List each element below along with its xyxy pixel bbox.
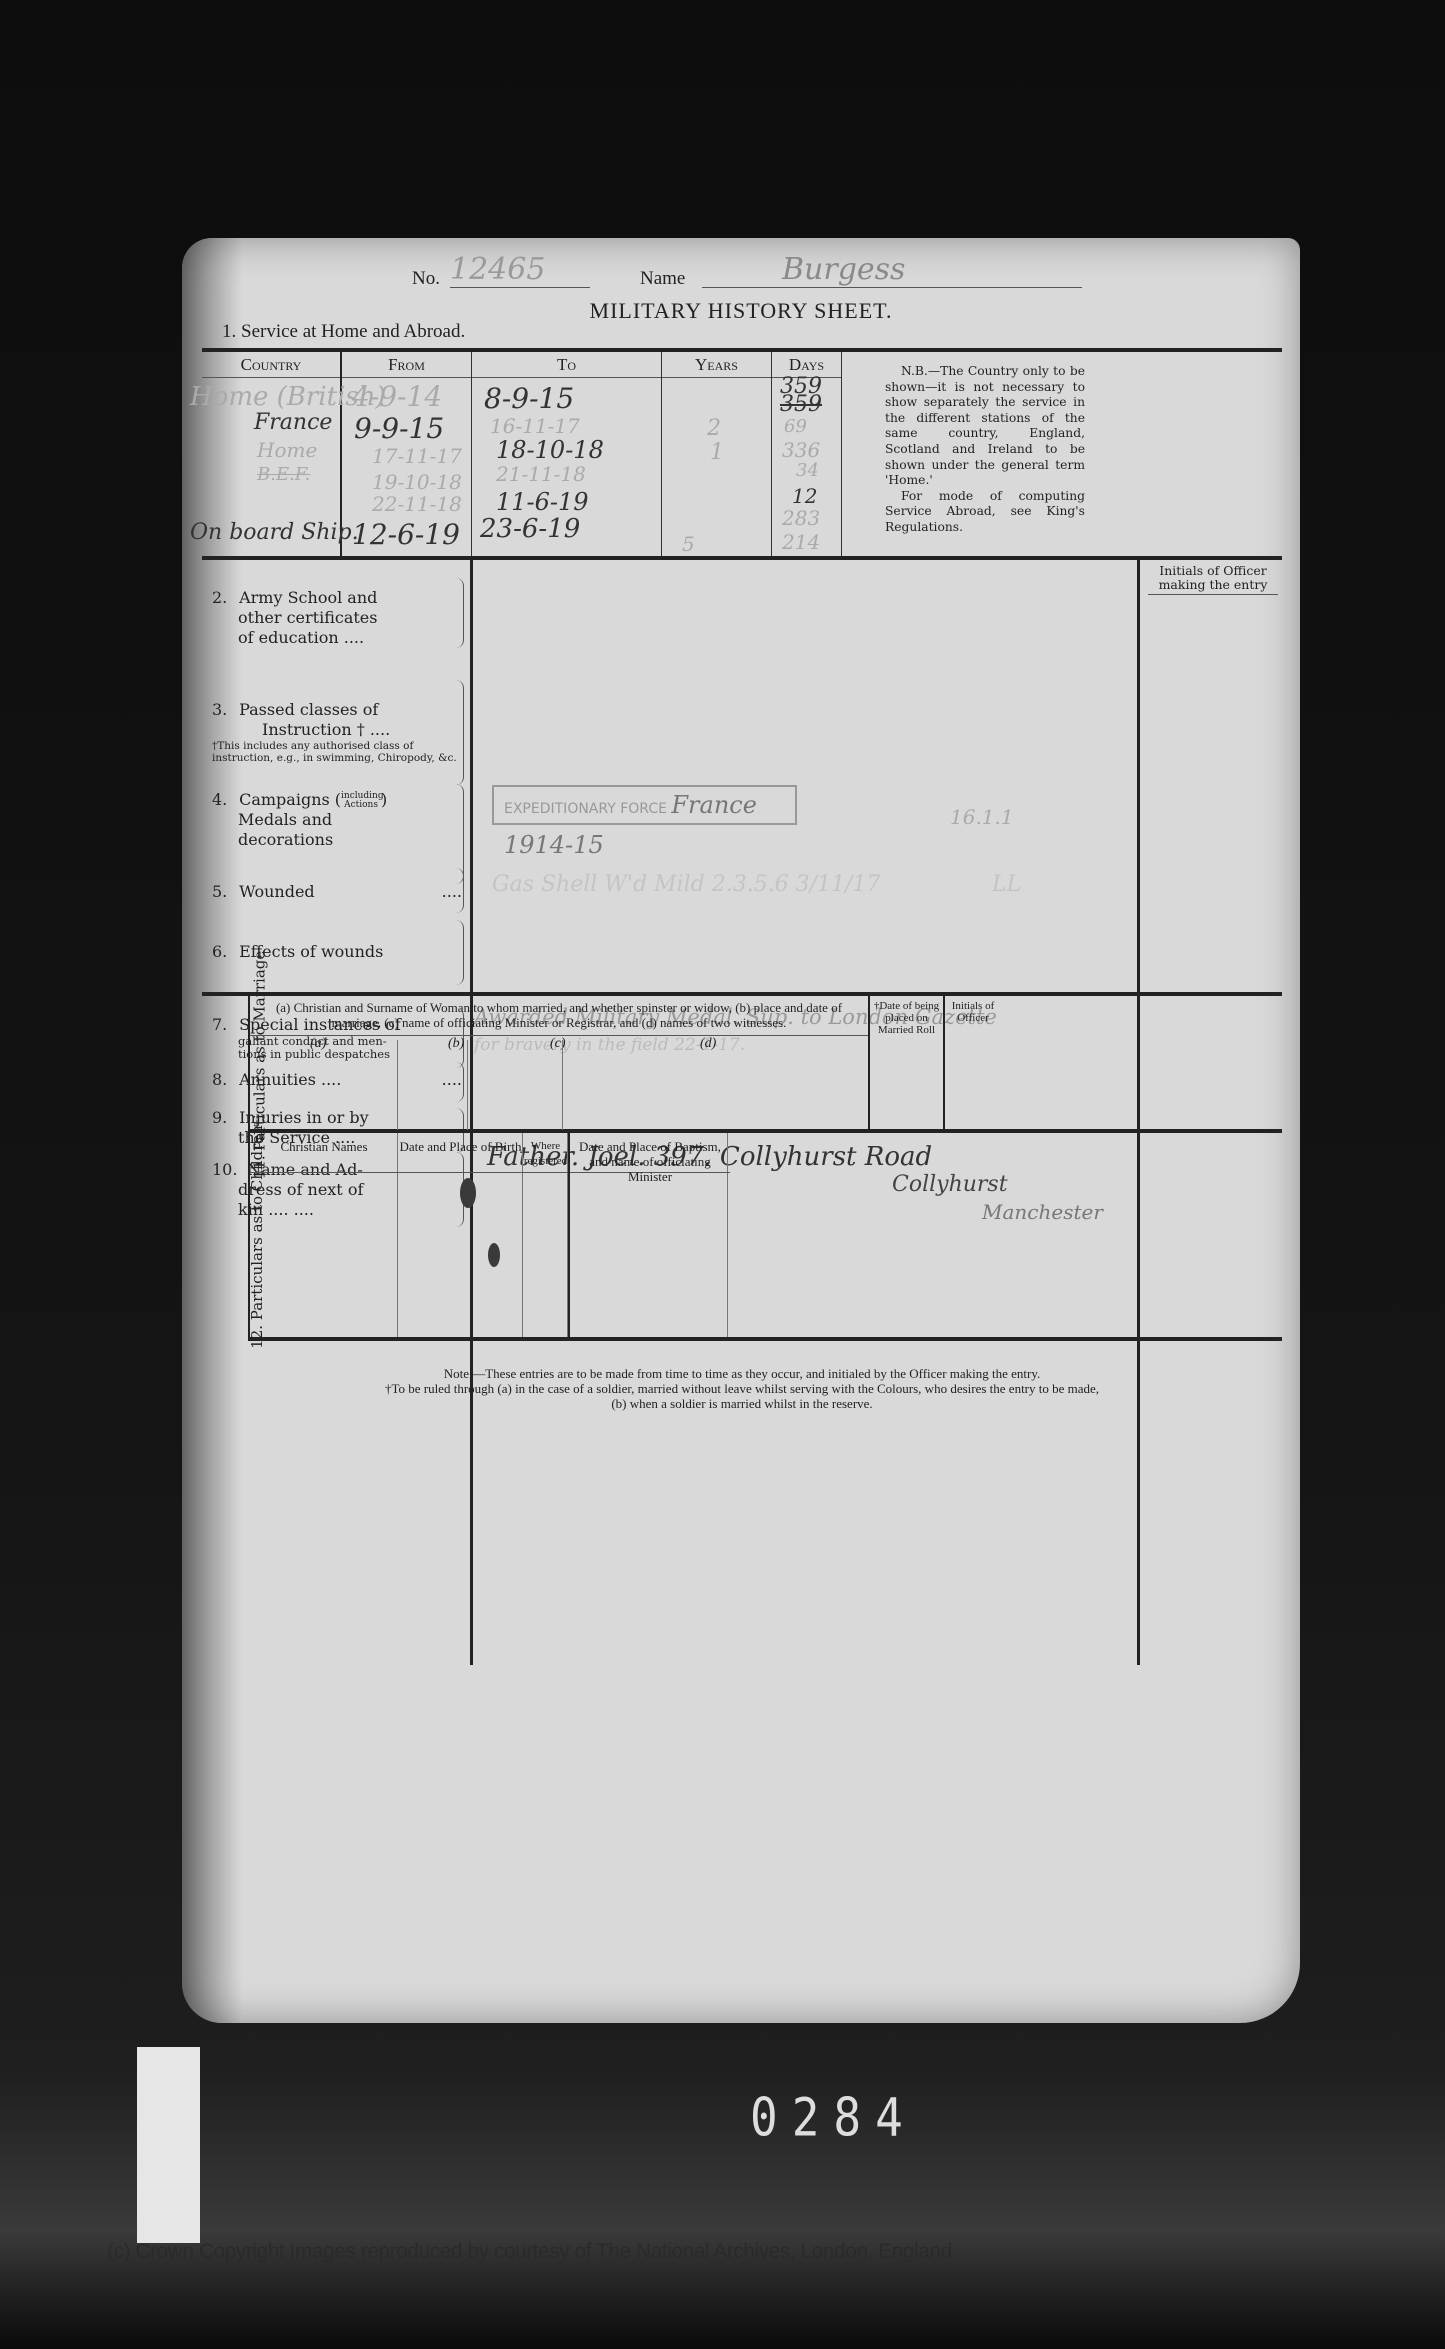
section-footnote: †This includes any authorised class of i…	[212, 740, 462, 764]
name-value: Burgess	[702, 252, 1082, 288]
initials-header: Initials of Officer making the entry	[1148, 564, 1278, 595]
row-from: 19-10-18	[372, 470, 462, 494]
marriage-cell	[398, 1040, 468, 1130]
birth-column: Date and Place of Birth	[398, 1133, 523, 1337]
years-column: Years 2 1 5	[662, 352, 772, 556]
row-to: 16-11-17	[490, 414, 580, 438]
marriage-header: (a) Christian and Surname of Woman to wh…	[250, 996, 868, 1036]
family-particulars: 11. Particulars as to Marriage (a) Chris…	[202, 992, 1282, 1337]
film-leader-card	[137, 2047, 200, 2243]
section-label: decorations	[212, 830, 462, 850]
campaign-date: 16.1.1	[950, 805, 1014, 829]
country-column: Country Home (British) France Home B.E.F…	[202, 352, 342, 556]
section-campaigns: 4. Campaigns (including Actions) Medals …	[212, 790, 462, 850]
row-country: B.E.F.	[257, 464, 310, 485]
row-to: 23-6-19	[480, 514, 580, 544]
row-from: 22-11-18	[372, 492, 462, 516]
christian-names-column: Christian Names	[250, 1133, 398, 1337]
section-number: 6.	[212, 942, 234, 962]
wounded-entry: Gas Shell W'd Mild 2.3.5.6 3/11/17	[492, 872, 880, 897]
section-number: 3.	[212, 700, 234, 720]
marriage-col-d: (d)	[700, 1036, 716, 1052]
ink-blot	[460, 1178, 476, 1208]
marriage-cell	[468, 1040, 563, 1130]
section-label: Campaigns	[239, 790, 330, 809]
section-label: Army School and	[239, 588, 377, 607]
children-table: Christian Names Date and Place of Birth …	[248, 1133, 1282, 1341]
row-country: Home	[257, 438, 317, 462]
row-from: 12-6-19	[352, 518, 460, 551]
row-to: 21-11-18	[496, 462, 586, 486]
nb-text: N.B.—The Country only to be shown—it is …	[885, 364, 1085, 489]
section-number: 5.	[212, 882, 234, 902]
section-wounded: 5. Wounded....	[212, 882, 462, 902]
row-days: 336	[782, 438, 820, 462]
section-label: Passed classes of	[239, 700, 378, 719]
christian-names-header: Christian Names	[250, 1133, 398, 1173]
footnote-line: †To be ruled through (a) in the case of …	[202, 1381, 1282, 1396]
days-column: Days 359 359 69 336 34 12 283 214	[772, 352, 842, 556]
section-army-school: 2. Army School and other certificates of…	[212, 588, 462, 648]
married-roll-header: †Date of being placed on Married Roll	[868, 996, 943, 1129]
section-label: of education ....	[212, 628, 462, 648]
from-header: From	[342, 352, 471, 378]
footnote: Note.—These entries are to be made from …	[202, 1366, 1282, 1411]
row-days: 34	[796, 460, 819, 481]
brace	[454, 920, 464, 985]
section-label: Wounded	[239, 882, 315, 901]
children-label: 12. Particulars as to Children	[202, 1133, 248, 1341]
section-passed-classes: 3. Passed classes of Instruction † .... …	[212, 700, 462, 764]
row-to: 8-9-15	[484, 382, 574, 415]
service-number-label: No.	[412, 268, 440, 290]
brace	[454, 680, 464, 785]
section-number: 4.	[212, 790, 234, 810]
section-label: Instruction † ....	[212, 720, 462, 740]
row-days: 12	[792, 484, 817, 508]
marriage-initials-header: Initials of Officer	[943, 996, 1001, 1129]
expeditionary-force-stamp: EXPEDITIONARY FORCE France 1914-15	[492, 785, 797, 825]
row-country: France	[254, 410, 332, 435]
marriage-label: 11. Particulars as to Marriage	[202, 996, 248, 1133]
row-years: 1	[710, 440, 724, 465]
section-label: other certificates	[212, 608, 462, 628]
years-header: Years	[662, 352, 771, 378]
brace	[454, 578, 464, 648]
registered-header: Where registered	[523, 1133, 568, 1173]
birth-header: Date and Place of Birth	[398, 1133, 523, 1173]
ink-blot	[488, 1243, 500, 1267]
from-column: From 4-9-14 9-9-15 17-11-17 19-10-18 22-…	[342, 352, 472, 556]
row-to: 11-6-19	[496, 488, 589, 516]
to-header: To	[472, 352, 661, 378]
nb-text-2: For mode of computing Service Abroad, se…	[885, 489, 1085, 536]
row-from: 4-9-14	[352, 380, 442, 413]
marriage-cell	[250, 1040, 398, 1130]
total-years: 5	[682, 532, 695, 556]
total-days: 214	[782, 530, 820, 554]
brace	[454, 868, 464, 913]
copyright-watermark: (c) Crown Copyright Images reproduced by…	[107, 2240, 952, 2264]
nb-note: N.B.—The Country only to be shown—it is …	[885, 364, 1085, 536]
name-label: Name	[640, 268, 685, 290]
country-header: Country	[202, 352, 340, 378]
row-from: 17-11-17	[372, 444, 462, 468]
row-days: 359	[780, 392, 822, 417]
row-days: 283	[782, 506, 820, 530]
baptism-column: Date and Place of Baptism, and name of o…	[568, 1133, 728, 1337]
registered-column: Where registered	[523, 1133, 568, 1337]
row-from: 9-9-15	[354, 412, 444, 445]
military-history-sheet: No. 12465 Name Burgess MILITARY HISTORY …	[182, 238, 1300, 2023]
marriage-table: (a) Christian and Surname of Woman to wh…	[248, 996, 1282, 1133]
to-column: To 8-9-15 16-11-17 18-10-18 21-11-18 11-…	[472, 352, 662, 556]
section-number: 2.	[212, 588, 234, 608]
wounded-initials: LL	[992, 872, 1021, 897]
row-country: On board Ship.	[190, 520, 359, 545]
frame-number: 0284	[750, 2086, 917, 2148]
stamp-text: EXPEDITIONARY FORCE	[504, 801, 667, 817]
row-years: 2	[707, 416, 721, 441]
row-to: 18-10-18	[496, 436, 604, 464]
section-label: Medals and	[212, 810, 462, 830]
baptism-header: Date and Place of Baptism, and name of o…	[570, 1133, 730, 1173]
service-number-value: 12465	[450, 252, 590, 288]
service-table: Country Home (British) France Home B.E.F…	[202, 348, 1282, 560]
footnote-line: (b) when a soldier is married whilst in …	[202, 1396, 1282, 1411]
row-days: 69	[784, 416, 807, 437]
footnote-line: Note.—These entries are to be made from …	[202, 1366, 1282, 1381]
section-label-paren: including Actions	[341, 792, 381, 810]
section-1-label: 1. Service at Home and Abroad.	[222, 321, 465, 343]
